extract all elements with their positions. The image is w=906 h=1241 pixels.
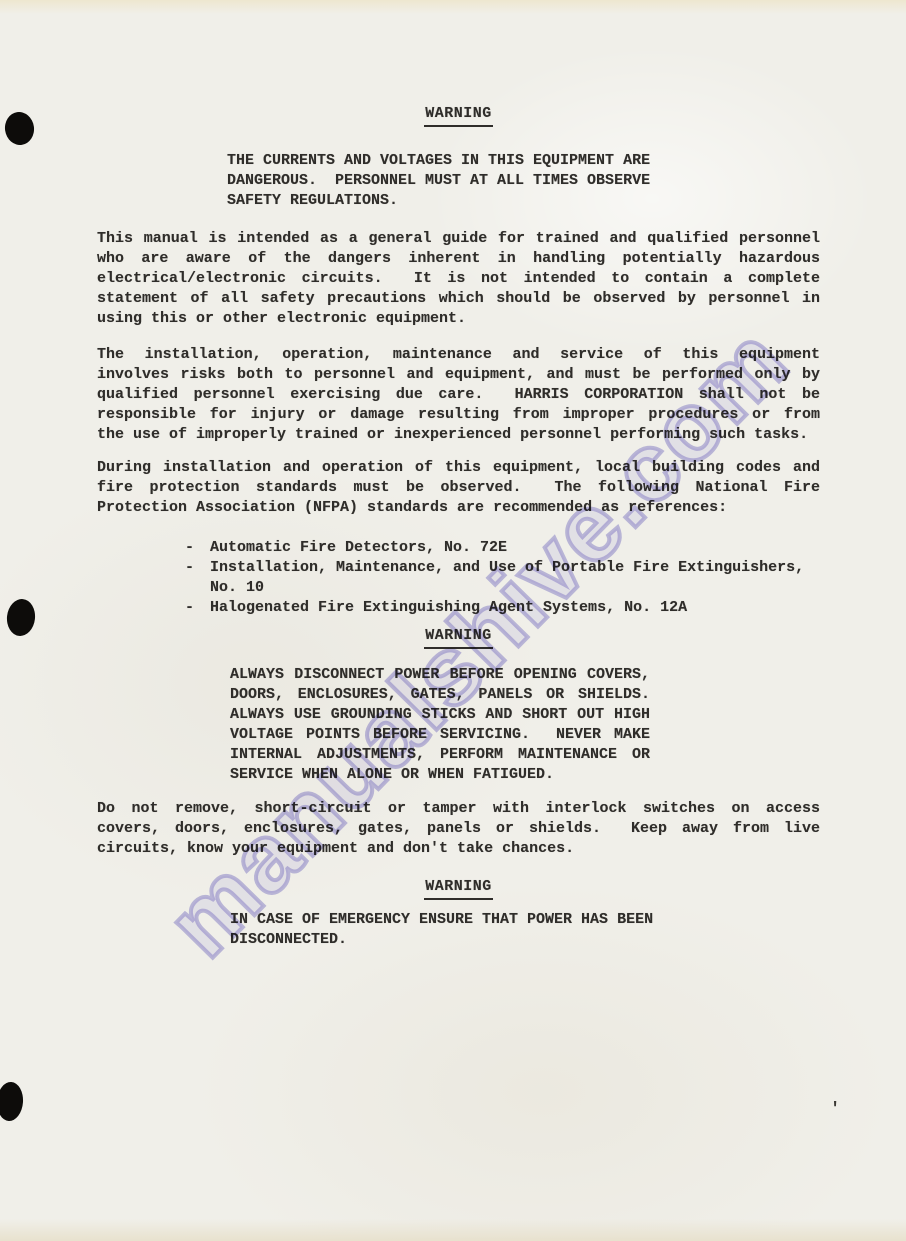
paragraph-line: who are aware of the dangers inherent in… [97, 249, 820, 269]
list-item-text: Halogenated Fire Extinguishing Agent Sys… [210, 598, 687, 618]
binder-hole-bottom [0, 1081, 24, 1122]
dash-bullet-icon: - [185, 558, 210, 598]
notice-line: SERVICE WHEN ALONE OR WHEN FATIGUED. [230, 765, 650, 785]
list-item-text: Automatic Fire Detectors, No. 72E [210, 538, 507, 558]
binder-hole-middle [5, 598, 37, 638]
list-item-line: No. 10 [210, 578, 804, 598]
paragraph-line: During installation and operation of thi… [97, 458, 820, 478]
paragraph-line: involves risks both to personnel and equ… [97, 365, 820, 385]
list-item: - Installation, Maintenance, and Use of … [185, 558, 820, 598]
notice-disconnect-power: ALWAYS DISCONNECT POWER BEFORE OPENING C… [230, 665, 650, 785]
notice-line: ALWAYS USE GROUNDING STICKS AND SHORT OU… [230, 705, 650, 725]
paragraph-line: circuits, know your equipment and don't … [97, 839, 820, 859]
page-content: WARNING THE CURRENTS AND VOLTAGES IN THI… [97, 104, 820, 950]
warning-heading-3: WARNING [97, 877, 820, 900]
warning-heading-2: WARNING [97, 626, 820, 649]
paragraph-line: electrical/electronic circuits. It is no… [97, 269, 820, 289]
list-item-text: Installation, Maintenance, and Use of Po… [210, 558, 804, 598]
paragraph-line: The installation, operation, maintenance… [97, 345, 820, 365]
dash-bullet-icon: - [185, 598, 210, 618]
warning-heading-1-label: WARNING [424, 104, 493, 127]
paragraph-installation-risks: The installation, operation, maintenance… [97, 345, 820, 445]
notice-line: VOLTAGE POINTS BEFORE SERVICING. NEVER M… [230, 725, 650, 745]
notice-currents-line: SAFETY REGULATIONS. [227, 191, 820, 211]
paragraph-line: statement of all safety precautions whic… [97, 289, 820, 309]
binder-hole-top [3, 110, 36, 147]
list-item-line: Installation, Maintenance, and Use of Po… [210, 558, 804, 578]
paragraph-line: Do not remove, short-circuit or tamper w… [97, 799, 820, 819]
notice-line: DOORS, ENCLOSURES, GATES, PANELS OR SHIE… [230, 685, 650, 705]
warning-heading-3-label: WARNING [424, 877, 493, 900]
paragraph-interlocks: Do not remove, short-circuit or tamper w… [97, 799, 820, 859]
warning-heading-1: WARNING [97, 104, 820, 127]
notice-line: ALWAYS DISCONNECT POWER BEFORE OPENING C… [230, 665, 650, 685]
paragraph-line: covers, doors, enclosures, gates, panels… [97, 819, 820, 839]
notice-currents-line: THE CURRENTS AND VOLTAGES IN THIS EQUIPM… [227, 151, 820, 171]
paragraph-line: Protection Association (NFPA) standards … [97, 498, 820, 518]
notice-line: INTERNAL ADJUSTMENTS, PERFORM MAINTENANC… [230, 745, 650, 765]
paragraph-line: qualified personnel exercising due care.… [97, 385, 820, 405]
notice-line: DISCONNECTED. [230, 930, 820, 950]
list-item-line: Halogenated Fire Extinguishing Agent Sys… [210, 598, 687, 618]
paragraph-line: This manual is intended as a general gui… [97, 229, 820, 249]
scan-artifact-mark: ' [830, 1100, 840, 1119]
paragraph-fire-codes: During installation and operation of thi… [97, 458, 820, 518]
paragraph-line: using this or other electronic equipment… [97, 309, 820, 329]
nfpa-standards-list: - Automatic Fire Detectors, No. 72E - In… [185, 538, 820, 618]
notice-line: IN CASE OF EMERGENCY ENSURE THAT POWER H… [230, 910, 820, 930]
paragraph-manual-purpose: This manual is intended as a general gui… [97, 229, 820, 329]
paragraph-line: responsible for injury or damage resulti… [97, 405, 820, 425]
list-item-line: Automatic Fire Detectors, No. 72E [210, 538, 507, 558]
scanned-manual-page: WARNING THE CURRENTS AND VOLTAGES IN THI… [0, 0, 906, 1241]
list-item: - Halogenated Fire Extinguishing Agent S… [185, 598, 820, 618]
paragraph-line: the use of improperly trained or inexper… [97, 425, 820, 445]
paragraph-line: fire protection standards must be observ… [97, 478, 820, 498]
notice-currents: THE CURRENTS AND VOLTAGES IN THIS EQUIPM… [227, 151, 820, 211]
dash-bullet-icon: - [185, 538, 210, 558]
notice-emergency: IN CASE OF EMERGENCY ENSURE THAT POWER H… [230, 910, 820, 950]
notice-currents-line: DANGEROUS. PERSONNEL MUST AT ALL TIMES O… [227, 171, 820, 191]
warning-heading-2-label: WARNING [424, 626, 493, 649]
list-item: - Automatic Fire Detectors, No. 72E [185, 538, 820, 558]
